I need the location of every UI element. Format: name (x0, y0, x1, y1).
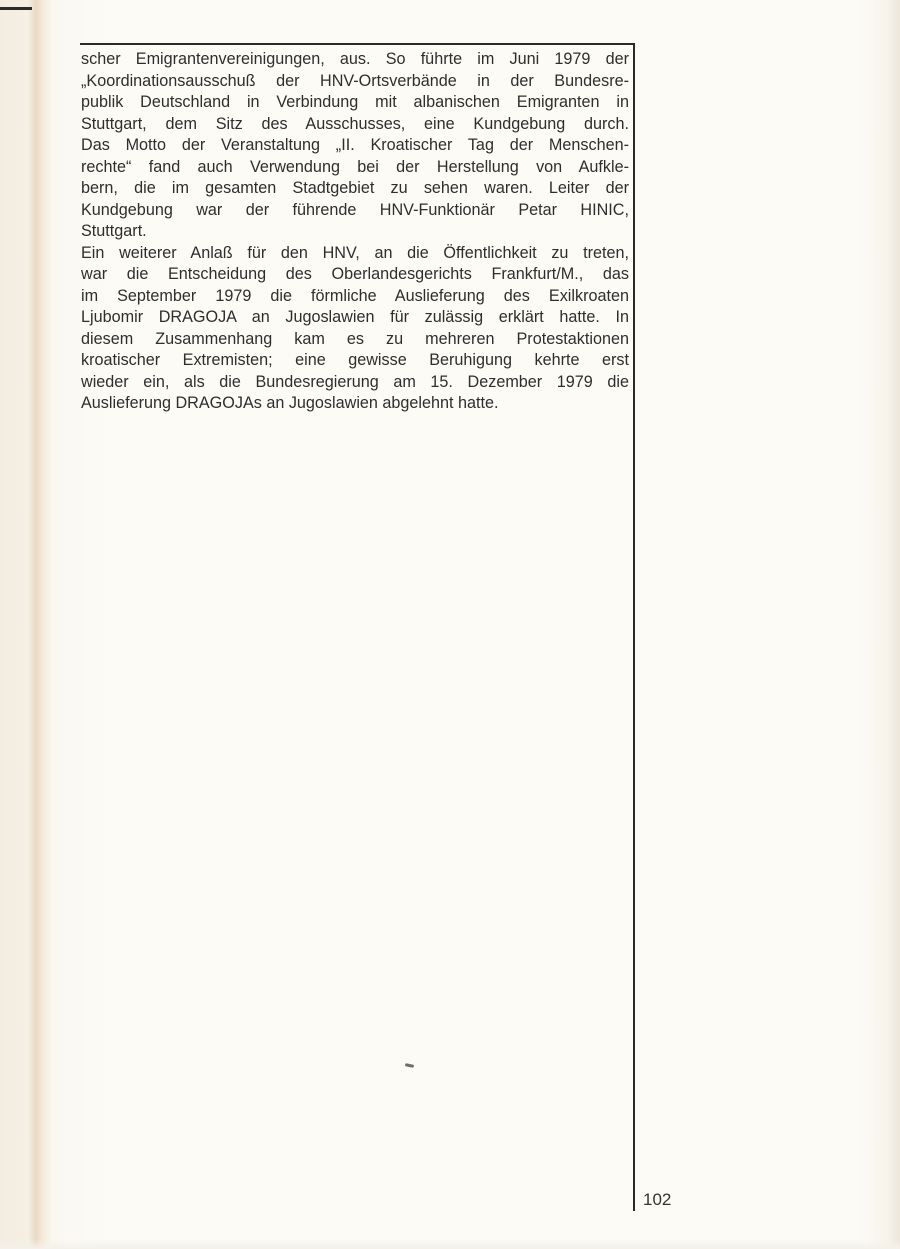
text-line: scher Emigrantenvereinigungen, aus. So f… (81, 49, 629, 71)
text-line: Stuttgart. (81, 221, 629, 243)
top-rule (80, 43, 635, 45)
text-line: Ljubomir DRAGOJA an Jugoslawien für zulä… (81, 307, 629, 329)
body-text: scher Emigrantenvereinigungen, aus. So f… (81, 49, 629, 415)
text-line: publik Deutschland in Verbindung mit alb… (81, 92, 629, 114)
text-line: „Koordinationsausschuß der HNV-Ortsverbä… (81, 71, 629, 93)
scanned-page: scher Emigrantenvereinigungen, aus. So f… (0, 0, 900, 1249)
text-line: im September 1979 die förmliche Ausliefe… (81, 286, 629, 308)
text-line: war die Entscheidung des Oberlandesgeric… (81, 264, 629, 286)
text-line: kroatischer Extremisten; eine gewisse Be… (81, 350, 629, 372)
scan-dust-speck (405, 1063, 414, 1068)
page-number: 102 (643, 1190, 671, 1210)
paragraph-2: Ein weiterer Anlaß für den HNV, an die Ö… (81, 243, 629, 415)
text-line: Auslieferung DRAGOJAs an Jugoslawien abg… (81, 393, 629, 415)
text-line: rechte“ fand auch Verwendung bei der Her… (81, 157, 629, 179)
text-line: Kundgebung war der führende HNV-Funktion… (81, 200, 629, 222)
text-line: diesem Zusammenhang kam es zu mehreren P… (81, 329, 629, 351)
previous-page-edge-mark (0, 7, 32, 10)
text-line: Das Motto der Veranstaltung „II. Kroatis… (81, 135, 629, 157)
margin-rule (633, 43, 635, 1211)
text-line: Stuttgart, dem Sitz des Ausschusses, ein… (81, 114, 629, 136)
text-line: bern, die im gesamten Stadtgebiet zu seh… (81, 178, 629, 200)
text-line: Ein weiterer Anlaß für den HNV, an die Ö… (81, 243, 629, 265)
paragraph-1: scher Emigrantenvereinigungen, aus. So f… (81, 49, 629, 243)
text-line: wieder ein, als die Bundesregierung am 1… (81, 372, 629, 394)
